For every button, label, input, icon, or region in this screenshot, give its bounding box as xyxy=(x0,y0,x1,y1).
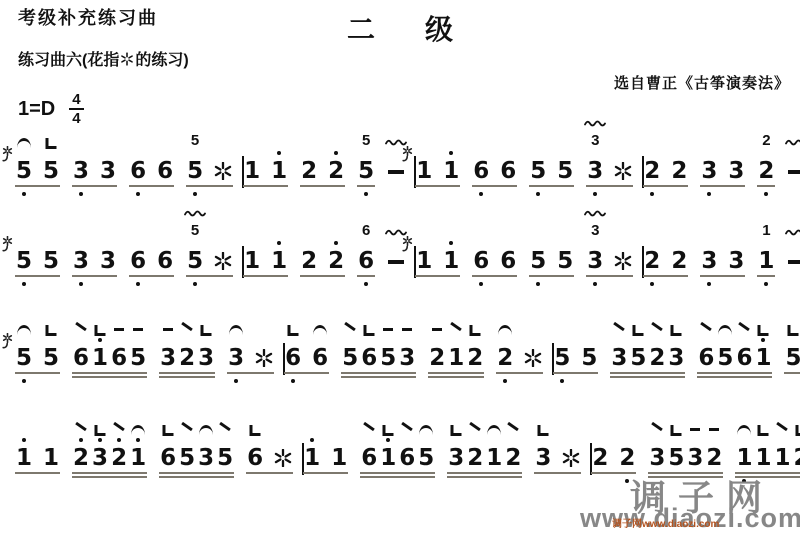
time-signature-bottom: 4 xyxy=(72,110,80,126)
octave-dot-below xyxy=(625,479,629,483)
note-digit: 6 xyxy=(247,445,263,471)
note-digit: 1 xyxy=(416,158,432,184)
finger-sl-icon xyxy=(344,325,356,328)
note-group: 22 xyxy=(301,158,344,184)
finger-sl-icon xyxy=(651,325,663,328)
note-digit: 6 xyxy=(358,248,374,274)
note-digit: 3 xyxy=(611,345,627,371)
octave-dot-above xyxy=(98,438,102,442)
note-digit: 3 xyxy=(728,248,744,274)
note: 5 xyxy=(530,158,546,184)
grace-number: 3 xyxy=(591,224,599,238)
dash-mark xyxy=(388,260,404,264)
note: 2 xyxy=(111,445,127,471)
measure-block: 11665533 xyxy=(416,158,644,188)
note: 1 xyxy=(443,248,459,274)
note-group: 3523 xyxy=(611,345,684,371)
octave-dot-above xyxy=(449,241,453,245)
finger-arc-icon xyxy=(313,325,327,335)
note-group: 2 xyxy=(497,345,542,371)
note: 3 xyxy=(73,248,89,274)
note: 1 xyxy=(92,345,108,371)
flower-finger-icon xyxy=(120,52,134,66)
note: 2 xyxy=(73,445,89,471)
octave-dot-below xyxy=(593,192,597,196)
note-digit: 1 xyxy=(486,445,502,471)
dash-mark xyxy=(388,170,404,174)
measure: 223322 xyxy=(644,158,800,184)
finger-L-icon xyxy=(250,425,261,436)
note-digit: 2 xyxy=(328,248,344,274)
note: 3 xyxy=(160,345,176,371)
finger-arc-icon xyxy=(229,325,243,335)
note-digit: 5 xyxy=(554,345,570,371)
note-group: 33 xyxy=(587,248,632,274)
measure-block: 11665533 xyxy=(416,248,644,278)
octave-dot-above xyxy=(117,438,121,442)
note-group: 66 xyxy=(473,158,516,184)
finger-L-icon xyxy=(538,425,549,436)
note-digit: 5 xyxy=(418,445,434,471)
note: 3 xyxy=(448,445,464,471)
octave-dot-above xyxy=(98,338,102,342)
note-digit: 5 xyxy=(217,445,233,471)
finger-L-icon xyxy=(758,425,769,436)
subtitle: 练习曲六(花指 的练习) xyxy=(18,47,189,70)
note: 66 xyxy=(358,248,374,274)
measure: 223311 xyxy=(644,248,800,274)
note-digit: 5 xyxy=(43,158,59,184)
note: 55 xyxy=(358,158,374,184)
note-group: 2321 xyxy=(73,445,146,471)
finger-sl-icon xyxy=(700,325,712,328)
finger-sl-icon xyxy=(450,325,462,328)
note: 5 xyxy=(554,345,570,371)
octave-dot-below xyxy=(536,192,540,196)
octave-dot-above xyxy=(277,151,281,155)
finger-L-icon xyxy=(788,325,799,336)
flower-ornament-icon xyxy=(614,252,632,270)
note: 6 xyxy=(73,345,89,371)
note: 3 xyxy=(728,248,744,274)
note-digit: 3 xyxy=(587,248,603,274)
note: 5 xyxy=(217,445,233,471)
note-digit: 2 xyxy=(758,158,774,184)
note: 3 xyxy=(701,248,717,274)
note-group: 33 xyxy=(701,248,744,274)
note-group: 3 xyxy=(228,345,273,371)
key-and-meter: 1=D 4 4 xyxy=(18,92,84,126)
finger-L-icon xyxy=(671,325,682,336)
tremolo-icon xyxy=(385,228,407,236)
note: 5 xyxy=(581,345,597,371)
octave-dot-below xyxy=(193,192,197,196)
note-digit: 6 xyxy=(473,158,489,184)
flower-ornament-icon xyxy=(214,252,232,270)
octave-dot-above xyxy=(277,241,281,245)
finger-sl-icon xyxy=(363,425,375,428)
note-digit: 6 xyxy=(312,345,328,371)
note-digit: 5 xyxy=(358,158,374,184)
finger-arc-icon xyxy=(487,425,501,435)
note-digit: 5 xyxy=(530,158,546,184)
measure: 55336655 xyxy=(16,248,232,274)
note: 3 xyxy=(228,345,244,371)
dash-mark xyxy=(788,170,800,174)
note-digit: 2 xyxy=(179,345,195,371)
note: 6 xyxy=(160,445,176,471)
note: 1 xyxy=(416,158,432,184)
note: 22 xyxy=(758,158,774,184)
measure-block: 6656532122 xyxy=(285,345,554,375)
note: 3 xyxy=(399,345,415,371)
note-digit: 6 xyxy=(500,158,516,184)
note: 2 xyxy=(179,345,195,371)
note: 5 xyxy=(630,345,646,371)
finger-L-icon xyxy=(46,138,57,149)
note-digit: 3 xyxy=(701,158,717,184)
note-digit: 6 xyxy=(285,345,301,371)
flower-ornament-icon xyxy=(214,162,232,180)
note-digit: 2 xyxy=(793,445,800,471)
note-digit: 2 xyxy=(111,445,127,471)
note: 6 xyxy=(473,158,489,184)
measure: 11616532123 xyxy=(304,445,580,471)
note: 5 xyxy=(557,158,573,184)
note: 5 xyxy=(43,345,59,371)
time-signature-top: 4 xyxy=(69,92,83,110)
note: 3 xyxy=(611,345,627,371)
note: 1 xyxy=(380,445,396,471)
note: 1 xyxy=(486,445,502,471)
note: 2 xyxy=(671,158,687,184)
note: 6 xyxy=(500,158,516,184)
flower-ornament-icon xyxy=(614,162,632,180)
note: 5 xyxy=(16,345,32,371)
note-group: 5 xyxy=(785,345,800,371)
flower-prefix-icon xyxy=(1,146,14,162)
note: 2 xyxy=(467,445,483,471)
flower-ornament-note xyxy=(562,445,580,471)
note-group: 323 xyxy=(160,345,214,371)
source-credit: 选自曹正《古筝演奏法》 xyxy=(614,72,790,93)
octave-dot-below xyxy=(650,192,654,196)
note-group: 3 xyxy=(535,445,580,471)
note-digit: 3 xyxy=(228,345,244,371)
time-signature: 4 4 xyxy=(69,92,83,126)
note: 2 xyxy=(505,445,521,471)
finger-arc-icon xyxy=(718,325,732,335)
finger-L-icon xyxy=(383,425,394,436)
note-group: 55 xyxy=(358,158,374,184)
note-group: 11 xyxy=(244,248,287,274)
octave-dot-below xyxy=(79,282,83,286)
note-group: 55 xyxy=(554,345,597,371)
note-group: 11 xyxy=(758,248,774,274)
finger-L-icon xyxy=(758,325,769,336)
note-digit: 2 xyxy=(73,445,89,471)
note-digit: 1 xyxy=(16,445,32,471)
note-digit: 6 xyxy=(361,345,377,371)
note: 2 xyxy=(429,345,445,371)
note-digit: 1 xyxy=(92,345,108,371)
finger-sl-icon xyxy=(469,425,481,428)
note: 3 xyxy=(100,248,116,274)
note: 5 xyxy=(530,248,546,274)
note-group xyxy=(788,248,800,274)
measure-block: 5561653233 xyxy=(16,345,285,375)
measure-block: 55336655 xyxy=(16,158,244,188)
key-signature: 1=D xyxy=(18,98,55,121)
octave-dot-above xyxy=(334,241,338,245)
dash-note xyxy=(788,158,800,184)
octave-dot-above xyxy=(761,338,765,342)
octave-dot-below xyxy=(503,379,507,383)
finger-arc-icon xyxy=(17,325,31,335)
finger-L-icon xyxy=(95,325,106,336)
note: 2 xyxy=(706,445,722,471)
octave-dot-below xyxy=(479,282,483,286)
dash-mark xyxy=(788,260,800,264)
finger-L-icon xyxy=(451,425,462,436)
note: 3 xyxy=(198,345,214,371)
note: 11 xyxy=(758,248,774,274)
note: 6 xyxy=(130,158,146,184)
note: 6 xyxy=(473,248,489,274)
note: 2 xyxy=(793,445,800,471)
finger-sl-icon xyxy=(507,425,519,428)
note-digit: 3 xyxy=(198,345,214,371)
note: 1 xyxy=(271,248,287,274)
note-group: 11 xyxy=(244,158,287,184)
note-digit: 5 xyxy=(717,345,733,371)
note-digit: 5 xyxy=(668,445,684,471)
note: 6 xyxy=(247,445,263,471)
measure-block: 55336655 xyxy=(16,248,244,278)
note-digit: 3 xyxy=(73,158,89,184)
note: 6 xyxy=(361,445,377,471)
flower-prefix-icon xyxy=(1,236,14,252)
note: 2 xyxy=(619,445,635,471)
note-digit: 2 xyxy=(328,158,344,184)
grace-number: 5 xyxy=(362,134,370,148)
note-digit: 3 xyxy=(668,345,684,371)
octave-dot-above xyxy=(22,438,26,442)
note-digit: 1 xyxy=(736,445,752,471)
note-digit: 3 xyxy=(448,445,464,471)
score-line: 5533665511225511665533223322 xyxy=(16,158,794,188)
note-digit: 2 xyxy=(671,248,687,274)
note: 3 xyxy=(728,158,744,184)
note-digit: 1 xyxy=(43,445,59,471)
octave-dot-above xyxy=(310,438,314,442)
note: 1 xyxy=(244,158,260,184)
measure: 5561653233 xyxy=(16,345,273,371)
note: 5 xyxy=(43,158,59,184)
finger-dash-icon xyxy=(402,325,412,331)
grace-number: 5 xyxy=(191,134,199,148)
note: 1 xyxy=(43,445,59,471)
note-group: 22 xyxy=(644,248,687,274)
finger-L-icon xyxy=(288,325,299,336)
note: 3 xyxy=(198,445,214,471)
note: 5 xyxy=(342,345,358,371)
note-digit: 1 xyxy=(758,248,774,274)
note-digit: 5 xyxy=(187,248,203,274)
note: 3 xyxy=(701,158,717,184)
finger-sl-icon xyxy=(738,325,750,328)
note: 55 xyxy=(187,158,203,184)
note-digit: 2 xyxy=(505,445,521,471)
measure-block: 223322 xyxy=(644,158,800,188)
finger-arc-icon xyxy=(419,425,433,435)
finger-sl-icon xyxy=(219,425,231,428)
flower-ornament-icon xyxy=(255,349,273,367)
note: 2 xyxy=(644,248,660,274)
note: 1 xyxy=(774,445,790,471)
note: 2 xyxy=(592,445,608,471)
measure-block: 55352365615 xyxy=(554,345,800,375)
finger-arc-icon xyxy=(199,425,213,435)
note-digit: 1 xyxy=(331,445,347,471)
finger-sl-icon xyxy=(651,425,663,428)
note: 5 xyxy=(668,445,684,471)
note-digit: 3 xyxy=(701,248,717,274)
finger-sl-icon xyxy=(181,325,193,328)
octave-dot-below xyxy=(479,192,483,196)
finger-dash-icon xyxy=(114,325,124,331)
note: 5 xyxy=(785,345,800,371)
tremolo-icon xyxy=(584,209,606,217)
note: 3 xyxy=(649,445,665,471)
note-digit: 5 xyxy=(630,345,646,371)
finger-L-icon xyxy=(95,425,106,436)
note: 6 xyxy=(157,248,173,274)
note-digit: 2 xyxy=(619,445,635,471)
note: 1 xyxy=(271,158,287,184)
flower-prefix-icon xyxy=(1,333,14,349)
note-digit: 6 xyxy=(157,248,173,274)
note-group: 55 xyxy=(16,158,59,184)
note-group: 22 xyxy=(758,158,774,184)
note: 6 xyxy=(399,445,415,471)
octave-dot-below xyxy=(193,282,197,286)
finger-sl-icon xyxy=(613,325,625,328)
piece-title: 二 级 xyxy=(0,8,800,48)
note: 2 xyxy=(497,345,513,371)
octave-dot-below xyxy=(291,379,295,383)
note-group: 55 xyxy=(530,248,573,274)
note-digit: 1 xyxy=(271,248,287,274)
octave-dot-below xyxy=(593,282,597,286)
octave-dot-below xyxy=(234,379,238,383)
note-digit: 1 xyxy=(244,158,260,184)
note: 5 xyxy=(418,445,434,471)
note-digit: 3 xyxy=(399,345,415,371)
note-group: 55 xyxy=(187,248,232,274)
finger-dash-icon xyxy=(690,425,700,431)
subtitle-text-pre: 练习曲六(花指 xyxy=(18,47,119,70)
octave-dot-below xyxy=(364,282,368,286)
note-digit: 5 xyxy=(557,158,573,184)
note: 1 xyxy=(244,248,260,274)
note-group: 11 xyxy=(416,248,459,274)
note-digit: 6 xyxy=(73,345,89,371)
note: 2 xyxy=(328,158,344,184)
note-digit: 3 xyxy=(100,248,116,274)
note-group: 6535 xyxy=(160,445,233,471)
note-digit: 2 xyxy=(497,345,513,371)
note-group: 22 xyxy=(592,445,635,471)
finger-L-icon xyxy=(201,325,212,336)
note-digit: 3 xyxy=(198,445,214,471)
octave-dot-below xyxy=(764,282,768,286)
note-digit: 2 xyxy=(301,248,317,274)
note: 3 xyxy=(687,445,703,471)
finger-L-icon xyxy=(163,425,174,436)
note-digit: 5 xyxy=(179,445,195,471)
note: 5 xyxy=(717,345,733,371)
octave-dot-below xyxy=(650,282,654,286)
note: 3 xyxy=(73,158,89,184)
note-group: 11 xyxy=(16,445,59,471)
note-digit: 5 xyxy=(530,248,546,274)
note: 6 xyxy=(157,158,173,184)
note-group: 1112 xyxy=(736,445,800,471)
flower-ornament-note xyxy=(214,248,232,274)
note-group: 66 xyxy=(285,345,328,371)
note-group: 66 xyxy=(473,248,516,274)
octave-dot-below xyxy=(536,282,540,286)
note-digit: 5 xyxy=(785,345,800,371)
note-digit: 2 xyxy=(301,158,317,184)
octave-dot-below xyxy=(764,192,768,196)
flower-ornament-icon xyxy=(562,449,580,467)
tremolo-icon xyxy=(385,138,407,146)
measure: 11665533 xyxy=(416,158,632,184)
note: 1 xyxy=(443,158,459,184)
note-digit: 6 xyxy=(399,445,415,471)
note-digit: 3 xyxy=(100,158,116,184)
note-digit: 1 xyxy=(443,248,459,274)
note: 6 xyxy=(130,248,146,274)
note-digit: 1 xyxy=(443,158,459,184)
finger-sl-icon xyxy=(776,425,788,428)
note-digit: 3 xyxy=(687,445,703,471)
note-digit: 6 xyxy=(130,158,146,184)
finger-dash-icon xyxy=(133,325,143,331)
note: 5 xyxy=(380,345,396,371)
note: 5 xyxy=(16,158,32,184)
flower-ornament-note xyxy=(614,158,632,184)
note: 1 xyxy=(130,445,146,471)
score-line: 5561653233665653212255352365615 xyxy=(16,345,794,375)
note-digit: 6 xyxy=(160,445,176,471)
note-group: 5653 xyxy=(342,345,415,371)
note-digit: 1 xyxy=(380,445,396,471)
note-digit: 5 xyxy=(16,248,32,274)
octave-dot-below xyxy=(22,379,26,383)
measure: 55352365615 xyxy=(554,345,800,371)
note-digit: 2 xyxy=(644,158,660,184)
note-digit: 1 xyxy=(755,445,771,471)
note-digit: 1 xyxy=(304,445,320,471)
octave-dot-above xyxy=(79,438,83,442)
note-group: 22 xyxy=(301,248,344,274)
note-group: 55 xyxy=(16,248,59,274)
note-digit: 2 xyxy=(671,158,687,184)
note: 5 xyxy=(43,248,59,274)
